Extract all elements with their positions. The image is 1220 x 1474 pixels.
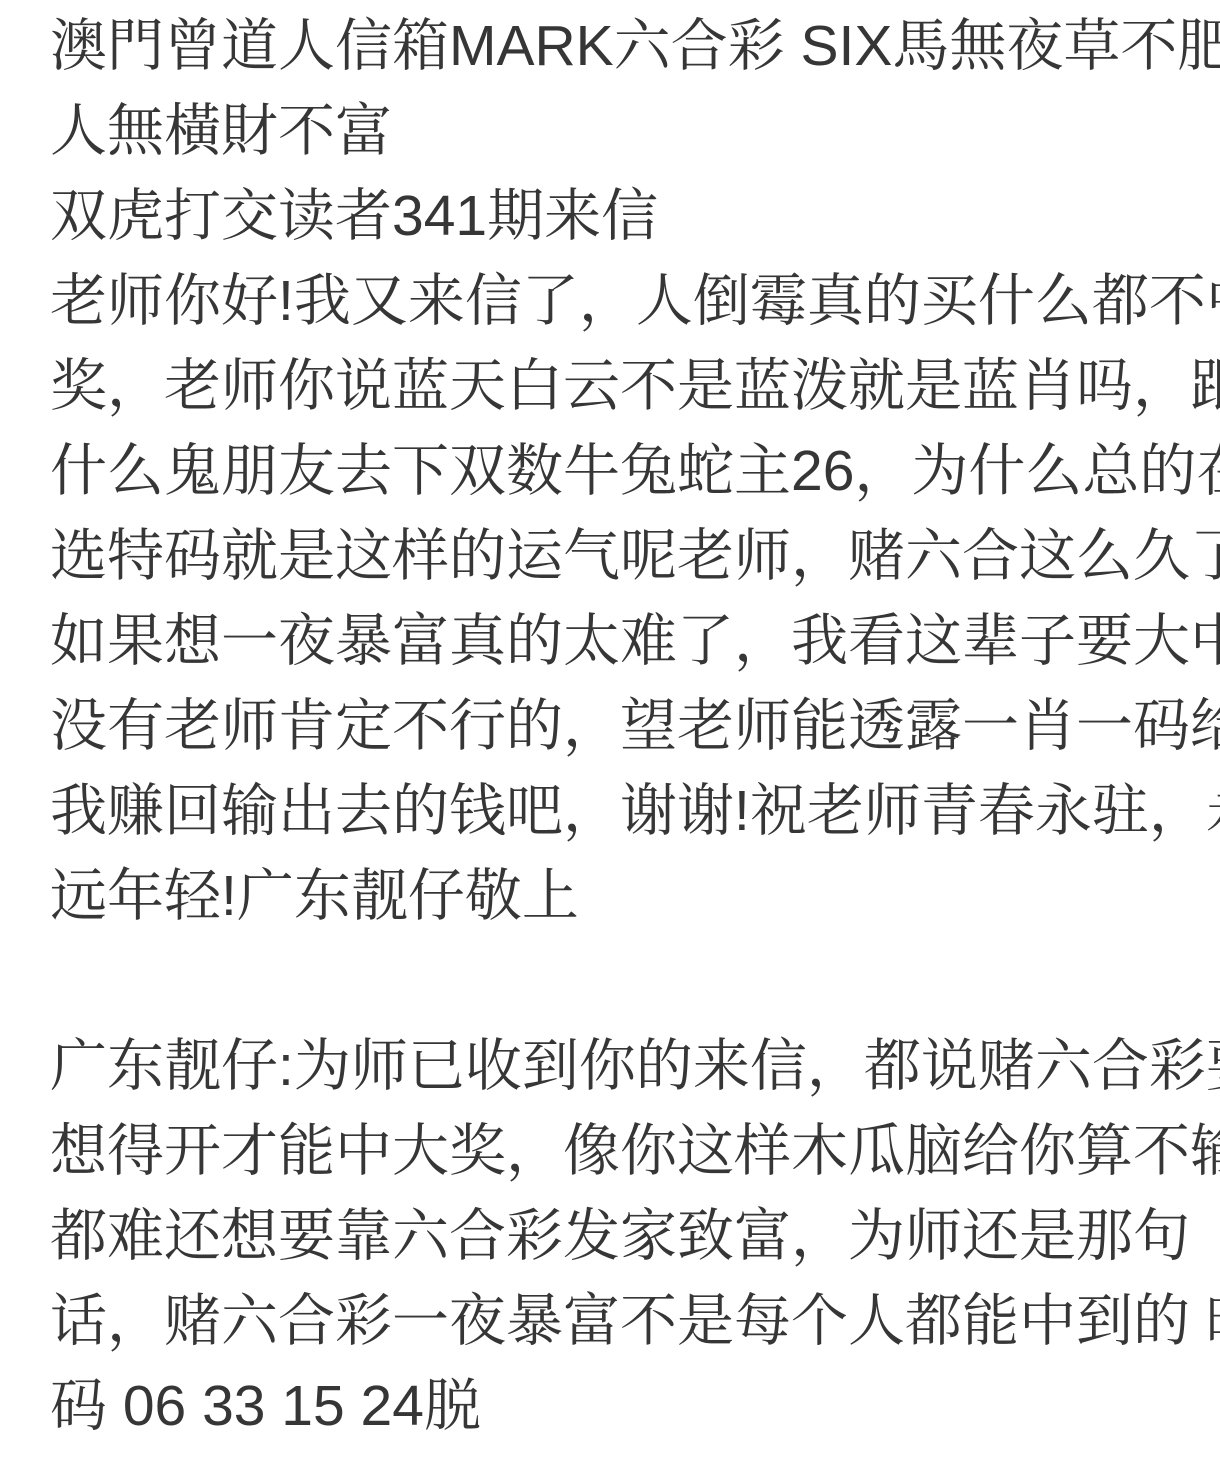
reader-letter-line: 我赚回输出去的钱吧，谢谢!祝老师青春永驻，永 bbox=[50, 769, 1190, 854]
reader-letter-line: 远年轻!广东靓仔敬上 bbox=[50, 854, 1190, 939]
letter-text-block: 澳門曾道人信箱MARK六合彩 SIX馬無夜草不肥 人無橫財不富 双虎打交读者34… bbox=[50, 4, 1190, 1449]
reader-letter-line: 没有老师肯定不行的，望老师能透露一肖一码给 bbox=[50, 684, 1190, 769]
master-reply-line: 都难还想要靠六合彩发家致富，为师还是那句 bbox=[50, 1194, 1190, 1279]
master-reply-line: 想得开才能中大奖，像你这样木瓜脑给你算不输 bbox=[50, 1109, 1190, 1194]
letter-page: 澳門曾道人信箱MARK六合彩 SIX馬無夜草不肥 人無橫財不富 双虎打交读者34… bbox=[0, 0, 1220, 1474]
reader-letter-line: 选特码就是这样的运气呢老师，赌六合这么久了 bbox=[50, 514, 1190, 599]
headline-line-1: 澳門曾道人信箱MARK六合彩 SIX馬無夜草不肥 bbox=[50, 4, 1190, 89]
headline-line-2: 人無橫財不富 bbox=[50, 89, 1190, 174]
master-reply-line: 广东靓仔:为师已收到你的来信，都说赌六合彩要 bbox=[50, 1024, 1190, 1109]
issue-heading: 双虎打交读者341期来信 bbox=[50, 174, 1190, 259]
reader-letter-line: 老师你好!我又来信了，人倒霉真的买什么都不中 bbox=[50, 259, 1190, 344]
paragraph-gap bbox=[50, 939, 1190, 1024]
master-reply-line: 码 06 33 15 24脱 bbox=[50, 1364, 1190, 1449]
reader-letter-line: 奖，老师你说蓝天白云不是蓝泼就是蓝肖吗，跟 bbox=[50, 344, 1190, 429]
master-reply-line: 话，赌六合彩一夜暴富不是每个人都能中到的 暗 bbox=[50, 1279, 1190, 1364]
reader-letter-line: 如果想一夜暴富真的太难了，我看这辈子要大中 bbox=[50, 599, 1190, 684]
reader-letter-line: 什么鬼朋友去下双数牛兔蛇主26，为什么总的在 bbox=[50, 429, 1190, 514]
